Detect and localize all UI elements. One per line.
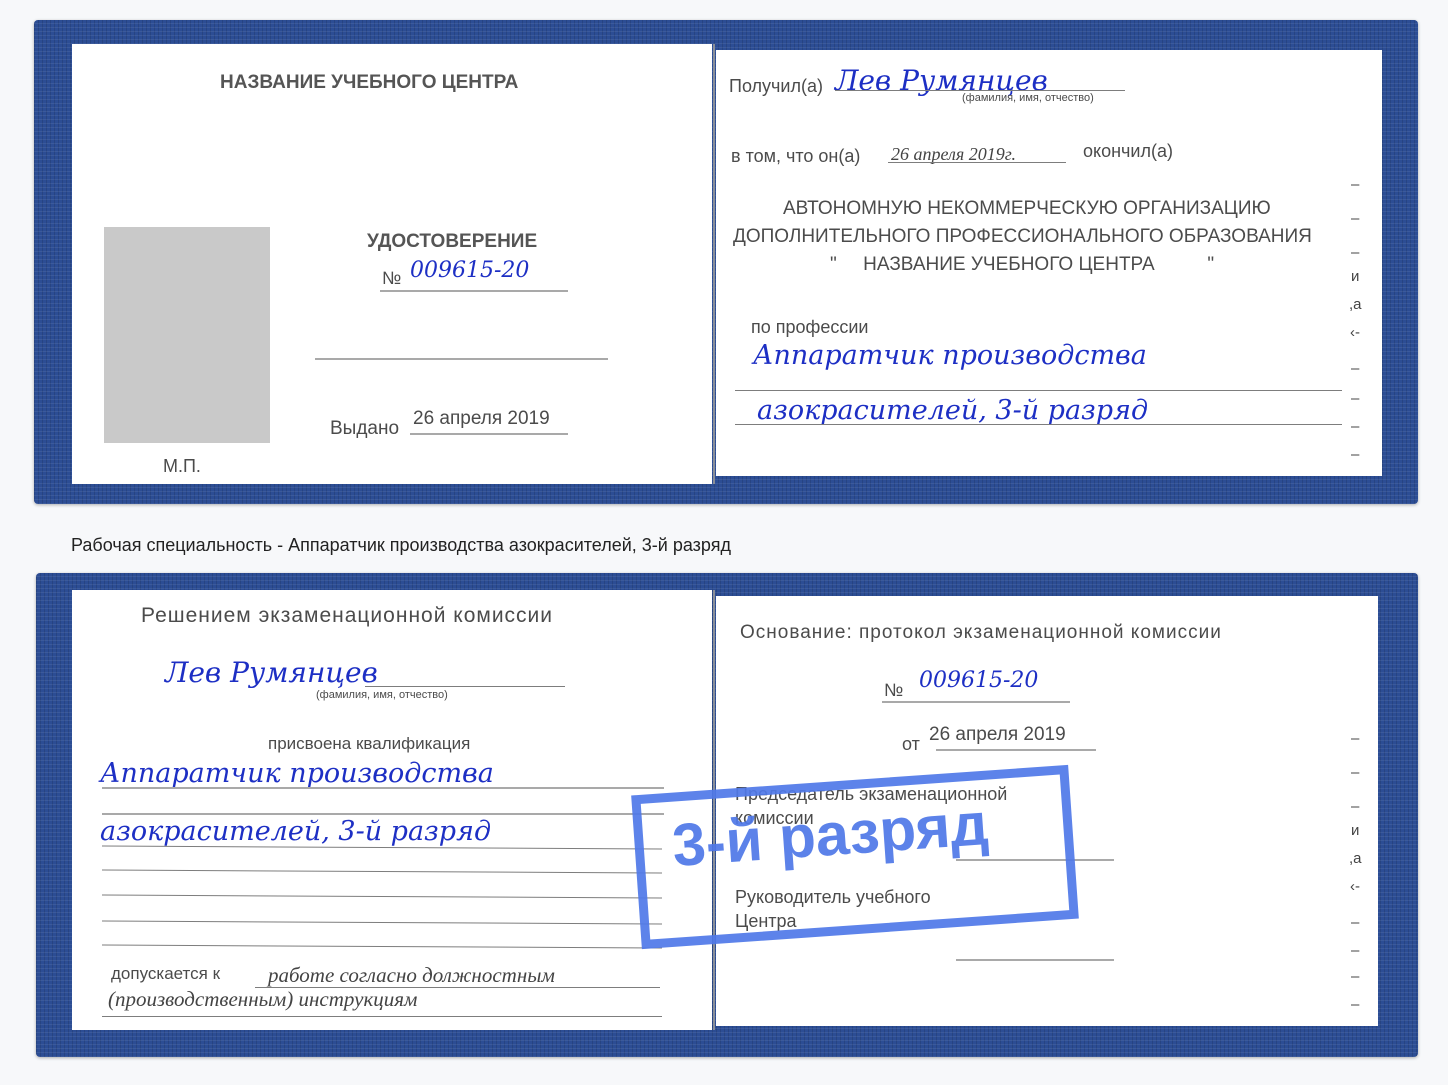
profession-label: по профессии [751,317,868,338]
basis-title: Основание: протокол экзаменационной коми… [740,622,1222,644]
person-name: Лев Румянцев [165,656,378,689]
specialty-caption: Рабочая специальность - Аппаратчик произ… [71,535,731,556]
qualification-line-2: азокрасителей, 3-й разряд [100,816,491,847]
number-underline [380,290,568,292]
org-line-1: АВТОНОМНУЮ НЕКОММЕРЧЕСКУЮ ОРГАНИЗАЦИЮ [783,198,1271,220]
org-name: НАЗВАНИЕ УЧЕБНОГО ЦЕНТРА [220,72,518,94]
admitted-line-2: (производственным) инструкциям [108,987,417,1012]
qualification-line-1: Аппаратчик производства [100,758,494,789]
protocol-number-underline [882,701,1070,703]
profession-line-1: Аппаратчик производства [753,340,1147,371]
recipient-underline [835,90,1125,91]
head-signature-line [956,959,1114,961]
protocol-date: 26 апреля 2019 [929,724,1066,746]
issued-date: 26 апреля 2019 [413,408,550,430]
profession-underline-1 [735,390,1342,391]
person-name-hint: (фамилия, имя, отчество) [316,689,448,701]
issued-label: Выдано [330,418,399,440]
seal-label: М.П. [163,456,201,477]
org-line-2: ДОПОЛНИТЕЛЬНОГО ПРОФЕССИОНАЛЬНОГО ОБРАЗО… [733,226,1312,248]
protocol-date-underline [936,749,1096,751]
certificate-number: 009615-20 [410,258,529,283]
decision-title: Решением экзаменационной комиссии [141,604,553,628]
profession-line-2: азокрасителей, 3-й разряд [757,395,1148,426]
name-hint: (фамилия, имя, отчество) [962,92,1094,104]
org-line-3: " НАЗВАНИЕ УЧЕБНОГО ЦЕНТРА " [830,254,1214,276]
top-spine [713,44,715,484]
qualification-underline-1 [102,787,664,789]
qualification-underline-2 [102,813,664,815]
admitted-line-1: работе согласно должностным [268,963,555,988]
profession-underline-2 [735,424,1342,425]
received-label: Получил(а) [729,76,823,97]
completed-label: окончил(а) [1083,141,1173,162]
doc-title: УДОСТОВЕРЕНИЕ [367,231,537,253]
protocol-number: 009615-20 [919,668,1038,693]
that-label: в том, что он(а) [731,146,860,167]
protocol-number-label: № [884,680,903,701]
person-underline [365,686,565,687]
issued-underline [410,433,568,435]
number-label: № [382,268,401,289]
protocol-date-label: от [902,734,920,755]
signature-line [315,358,608,360]
admitted-label: допускается к [111,964,220,984]
qualification-label: присвоена квалификация [268,734,470,754]
completion-underline [888,162,1066,163]
admitted-underline-2 [102,1016,662,1017]
photo-placeholder [104,227,270,443]
